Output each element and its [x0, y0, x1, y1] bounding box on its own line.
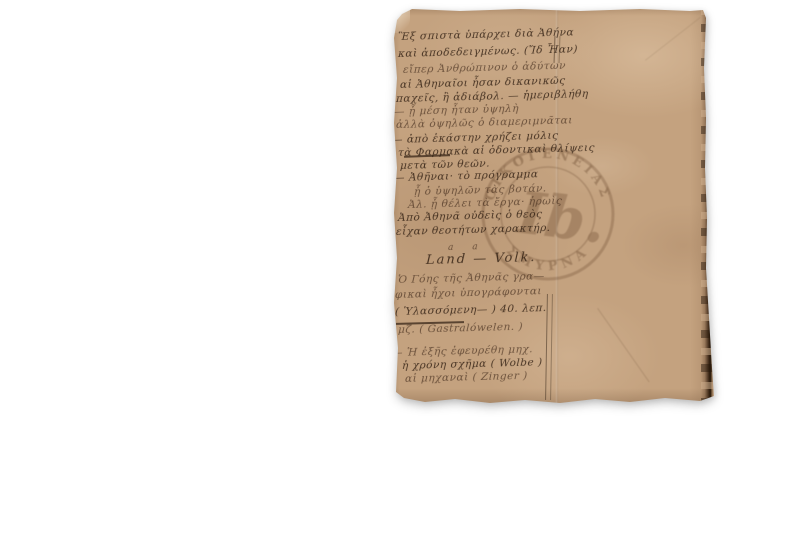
handwriting-line: καὶ ἀποδεδειγμένως. (Ἴδ Ἦαν) — [398, 44, 578, 59]
paper-crease — [645, 17, 701, 61]
handwriting-line: Ἓξ σπιστὰ ὑπάρχει διὰ Ἀθήνα — [398, 27, 574, 42]
torn-corner — [393, 9, 410, 33]
handwriting-line: φικαὶ ἦχοι ὑπογράφονται — [395, 286, 542, 300]
handwriting-line: Land — Volk. — [426, 251, 537, 267]
book-edge — [701, 8, 716, 404]
handwriting-line: αἱ μηχαναὶ ( Zinger ) — [405, 371, 528, 385]
paper-crease — [597, 308, 649, 382]
manuscript-page-wrap: ΟΙΚΟΓΕΝΕΙΑΣ ΣΜΥΡΝΑ Ib. Ἓξ σπιστὰ ὑπάρχει… — [390, 8, 716, 404]
handwriting-line: ( Ὑλασσόμενη— ) 40. λεπ. — [395, 303, 547, 317]
handwriting-line: ἀλλὰ ὀψηλῶς ὁ διαμεριμνᾶται — [396, 115, 573, 130]
scan-canvas: ΟΙΚΟΓΕΝΕΙΑΣ ΣΜΥΡΝΑ Ib. Ἓξ σπιστὰ ὑπάρχει… — [0, 0, 800, 549]
handwriting-line: εἴπερ Ἀνθρώπινον ὁ ἀδύτων — [403, 61, 566, 76]
handwriting-line: παχεῖς, ἢ ἀδιάβολ. — ἡμεριβλήθη — [396, 89, 589, 105]
pencil-margin-rule — [545, 294, 553, 400]
manuscript-page: ΟΙΚΟΓΕΝΕΙΑΣ ΣΜΥΡΝΑ Ib. Ἓξ σπιστὰ ὑπάρχει… — [390, 8, 716, 404]
pencil-margin-mark — [554, 36, 561, 63]
